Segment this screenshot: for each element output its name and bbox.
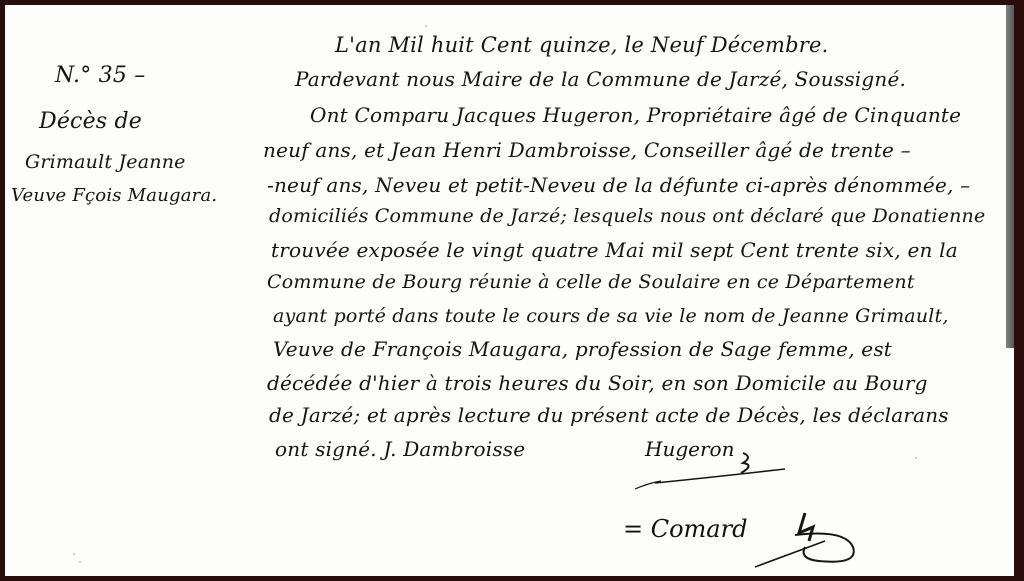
- paper-speck: [425, 25, 427, 27]
- paper-speck: [915, 457, 917, 459]
- body-line-7: trouvée exposée le vingt quatre Mai mil …: [271, 238, 958, 262]
- body-line-11: décédée d'hier à trois heures du Soir, e…: [267, 371, 928, 395]
- body-line-12: de Jarzé; et après lecture du présent ac…: [269, 403, 949, 427]
- paper-speck: [79, 561, 81, 563]
- signature-hugeron: Hugeron: [645, 437, 734, 461]
- record-number: N.° 35 –: [55, 63, 145, 88]
- margin-deceased-name: Grimault Jeanne: [25, 151, 186, 173]
- document-frame: N.° 35 – Décès de Grimault Jeanne Veuve …: [0, 0, 1024, 581]
- margin-title: Décès de: [39, 109, 142, 134]
- body-line-9: ayant porté dans toute le cours de sa vi…: [273, 305, 949, 327]
- body-line-3: Ont Comparu Jacques Hugeron, Propriétair…: [310, 103, 961, 127]
- comard-paraph-icon: [725, 505, 875, 575]
- body-line-10: Veuve de François Maugara, profession de…: [273, 337, 892, 361]
- signature-comard: = Comard: [623, 515, 747, 543]
- register-page: N.° 35 – Décès de Grimault Jeanne Veuve …: [5, 5, 1014, 576]
- body-line-4: neuf ans, et Jean Henri Dambroisse, Cons…: [263, 138, 911, 162]
- body-line-5: -neuf ans, Neveu et petit-Neveu de la dé…: [267, 173, 970, 197]
- page-binding-shadow: [1006, 5, 1014, 348]
- body-line-2: Pardevant nous Maire de la Commune de Ja…: [295, 67, 906, 91]
- margin-widow-of: Veuve Fçois Maugara.: [11, 185, 217, 206]
- body-line-6: domiciliés Commune de Jarzé; lesquels no…: [269, 205, 985, 227]
- body-line-8: Commune de Bourg réunie à celle de Soula…: [267, 271, 915, 293]
- body-line-1: L'an Mil huit Cent quinze, le Neuf Décem…: [335, 33, 828, 57]
- body-line-13: ont signé. J. Dambroisse: [275, 437, 525, 461]
- paper-speck: [73, 553, 75, 555]
